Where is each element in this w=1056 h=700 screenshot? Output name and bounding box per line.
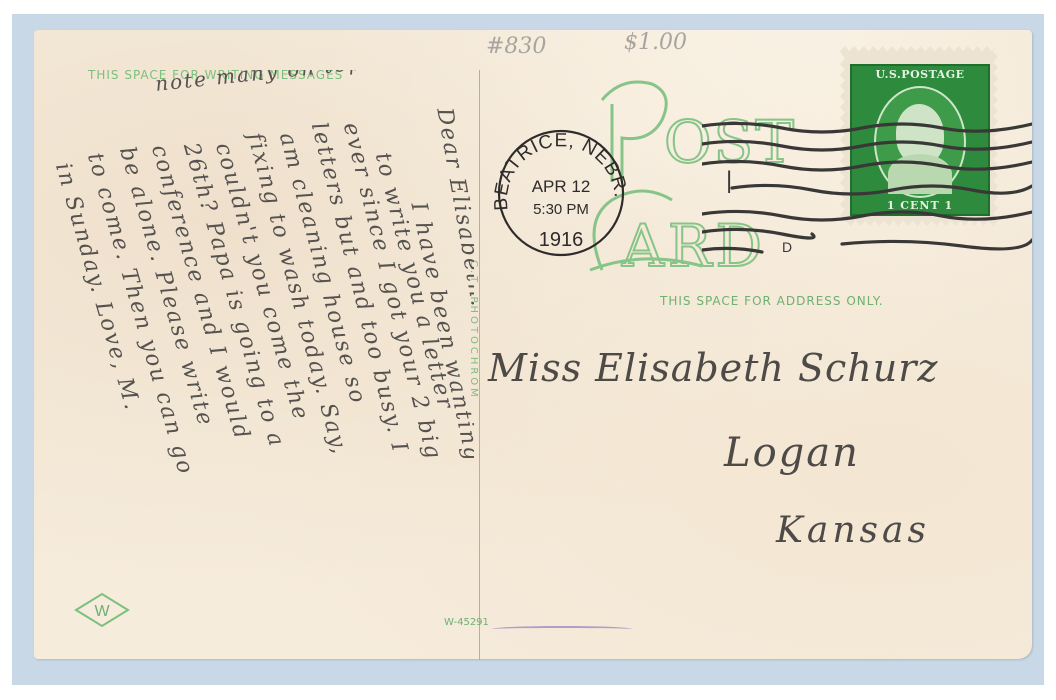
stamp-top-text: U.S.POSTAGE <box>852 68 988 81</box>
postmark-time: 5:30 PM <box>533 201 589 218</box>
pencil-price: $1.00 <box>624 30 687 55</box>
recipient-name: Miss Elisabeth Schurz <box>488 346 938 390</box>
svg-text:BEATRICE, NEBR.: BEATRICE, NEBR. <box>491 130 631 211</box>
recipient-state: Kansas <box>776 510 930 551</box>
pencil-inventory-number: #830 <box>486 34 546 59</box>
svg-text:D: D <box>782 239 792 255</box>
address-space-label: THIS SPACE FOR ADDRESS ONLY. <box>660 294 884 308</box>
purple-ink-mark <box>492 626 632 632</box>
postmark-circle-icon: BEATRICE, NEBR. APR 12 5:30 PM 1916 <box>486 118 636 268</box>
postmark-date: APR 12 <box>532 177 591 196</box>
message-top-note: note many on top <box>154 70 364 96</box>
handwritten-message: note many on top Dear Elisabeth: - I hav… <box>44 70 474 650</box>
postcard: THIS SPACE FOR WRITING MESSAGES C.T. PHO… <box>34 30 1032 659</box>
postmark-city: BEATRICE, NEBR. <box>491 130 631 211</box>
postmark-year: 1916 <box>539 229 584 251</box>
svg-text:|: | <box>726 167 732 194</box>
center-divider <box>479 70 480 660</box>
cancellation-wavy-lines-icon: | D <box>702 90 1032 260</box>
recipient-city: Logan <box>724 430 860 476</box>
